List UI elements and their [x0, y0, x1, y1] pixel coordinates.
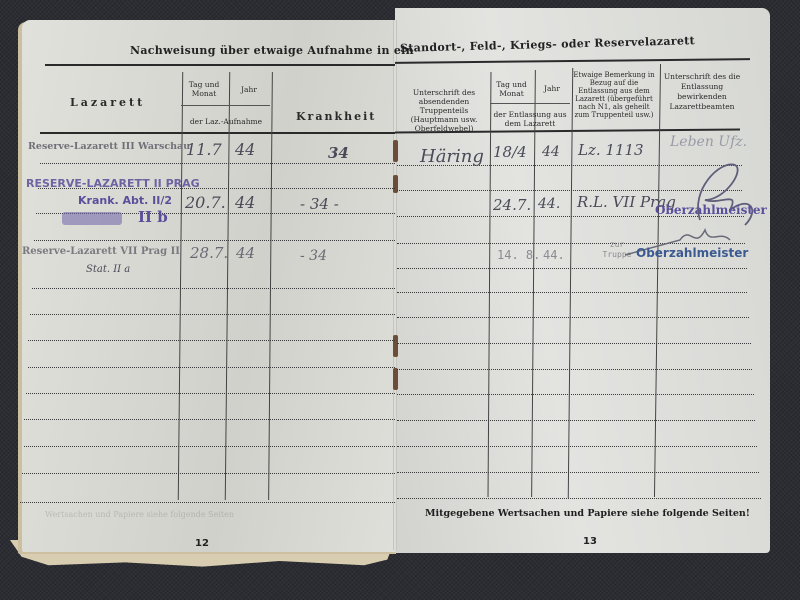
row-line [397, 369, 752, 370]
subheader-divider [181, 105, 270, 106]
column-header-jahr: Jahr [228, 85, 270, 94]
krankheit-code: - 34 - [300, 195, 339, 213]
krankheit-code: - 34 [300, 248, 327, 264]
staple-icon [393, 368, 398, 390]
lazarett-stamp: Reserve-Lazarett VII Prag II [22, 246, 180, 257]
row-line [397, 268, 747, 269]
beamter-signature: Leben Ufz. [670, 134, 747, 150]
staple-icon [393, 335, 398, 357]
row-line [397, 317, 749, 318]
column-header-entlassung: der Entlassung aus dem Lazarett [490, 110, 570, 128]
column-header-bemerkung: Etwaige Bemerkung in Bezug auf die Entla… [572, 71, 656, 119]
header-rule [45, 64, 395, 66]
column-header-tag-monat: Tag und Monat [182, 80, 226, 98]
column-header-tag-monat: Tag und Monat [490, 80, 533, 98]
row-line [24, 419, 395, 420]
page-number-right: 13 [583, 536, 597, 547]
row-line [30, 314, 395, 315]
header-bottom-rule [40, 132, 395, 134]
page-title-left: Nachweisung über etwaige Aufnahme in ein [130, 44, 414, 57]
column-header-unterschrift-beamten: Unterschrift des die Entlassung bewirken… [662, 72, 742, 112]
page-number-left: 12 [195, 538, 209, 549]
row-line [40, 163, 395, 164]
oberzahlmeister-stamp: Oberzahlmeister [636, 246, 748, 260]
aufnahme-jahr: 44 [235, 193, 255, 212]
row-line [397, 292, 747, 293]
row-line [34, 240, 395, 241]
staple-icon [393, 140, 398, 162]
lazarett-station-note: Stat. II a [86, 264, 130, 275]
row-line [397, 498, 761, 499]
row-line [26, 393, 395, 394]
krankheit-code: 34 [328, 144, 349, 162]
row-line [28, 367, 395, 368]
truppenteil-signature: Häring [420, 146, 484, 167]
row-line [397, 343, 751, 344]
bemerkung: Lz. 1113 [578, 141, 644, 159]
aufnahme-tag-monat: 20.7. [185, 193, 226, 212]
aufnahme-tag-monat: 11.7 [186, 140, 222, 159]
entlassung-jahr: 44 [542, 144, 560, 160]
subheader-divider [490, 103, 570, 104]
row-line [397, 394, 754, 395]
column-header-jahr: Jahr [534, 84, 570, 93]
footer-note: Mitgegebene Wertsachen und Papiere siehe… [425, 508, 750, 519]
oberzahlmeister-stamp: Oberzahlmeister [655, 203, 767, 217]
column-header-krankheit: Krankheit [296, 110, 376, 123]
row-line [397, 446, 757, 447]
lazarett-stamp-sub: Krank. Abt. II/2 [78, 194, 172, 207]
row-line [397, 420, 755, 421]
lazarett-stamp-station: II b [138, 208, 168, 226]
lazarett-stamp: RESERVE-LAZARETT II PRAG [26, 177, 200, 190]
row-line [22, 473, 395, 474]
column-header-aufnahme: der Laz.-Aufnahme [182, 117, 270, 126]
aufnahme-tag-monat: 28.7. [190, 244, 228, 262]
bleed-through-text: Wertsachen und Papiere siehe folgende Se… [45, 510, 234, 519]
entlassung-tag-monat: 14. 8. [497, 248, 540, 262]
entlassung-tag-monat: 24.7. [493, 196, 531, 214]
entlassung-jahr: 44. [543, 248, 565, 262]
lazarett-stamp: Reserve-Lazarett III Warschau [28, 141, 190, 152]
row-line [20, 502, 395, 503]
stamp-smudge [62, 212, 122, 225]
entlassung-tag-monat: 18/4 [493, 143, 527, 161]
row-line [397, 472, 759, 473]
aufnahme-jahr: 44 [235, 140, 255, 159]
row-line [28, 340, 395, 341]
column-header-lazarett: Lazarett [70, 96, 145, 109]
entlassung-jahr: 44. [538, 196, 560, 212]
book-spine [393, 20, 397, 550]
aufnahme-jahr: 44 [236, 244, 255, 262]
row-line [32, 288, 395, 289]
signature-scribble [680, 150, 770, 230]
row-line [24, 446, 395, 447]
column-header-unterschrift-truppenteil: Unterschrift des absendenden Truppenteil… [400, 88, 488, 133]
